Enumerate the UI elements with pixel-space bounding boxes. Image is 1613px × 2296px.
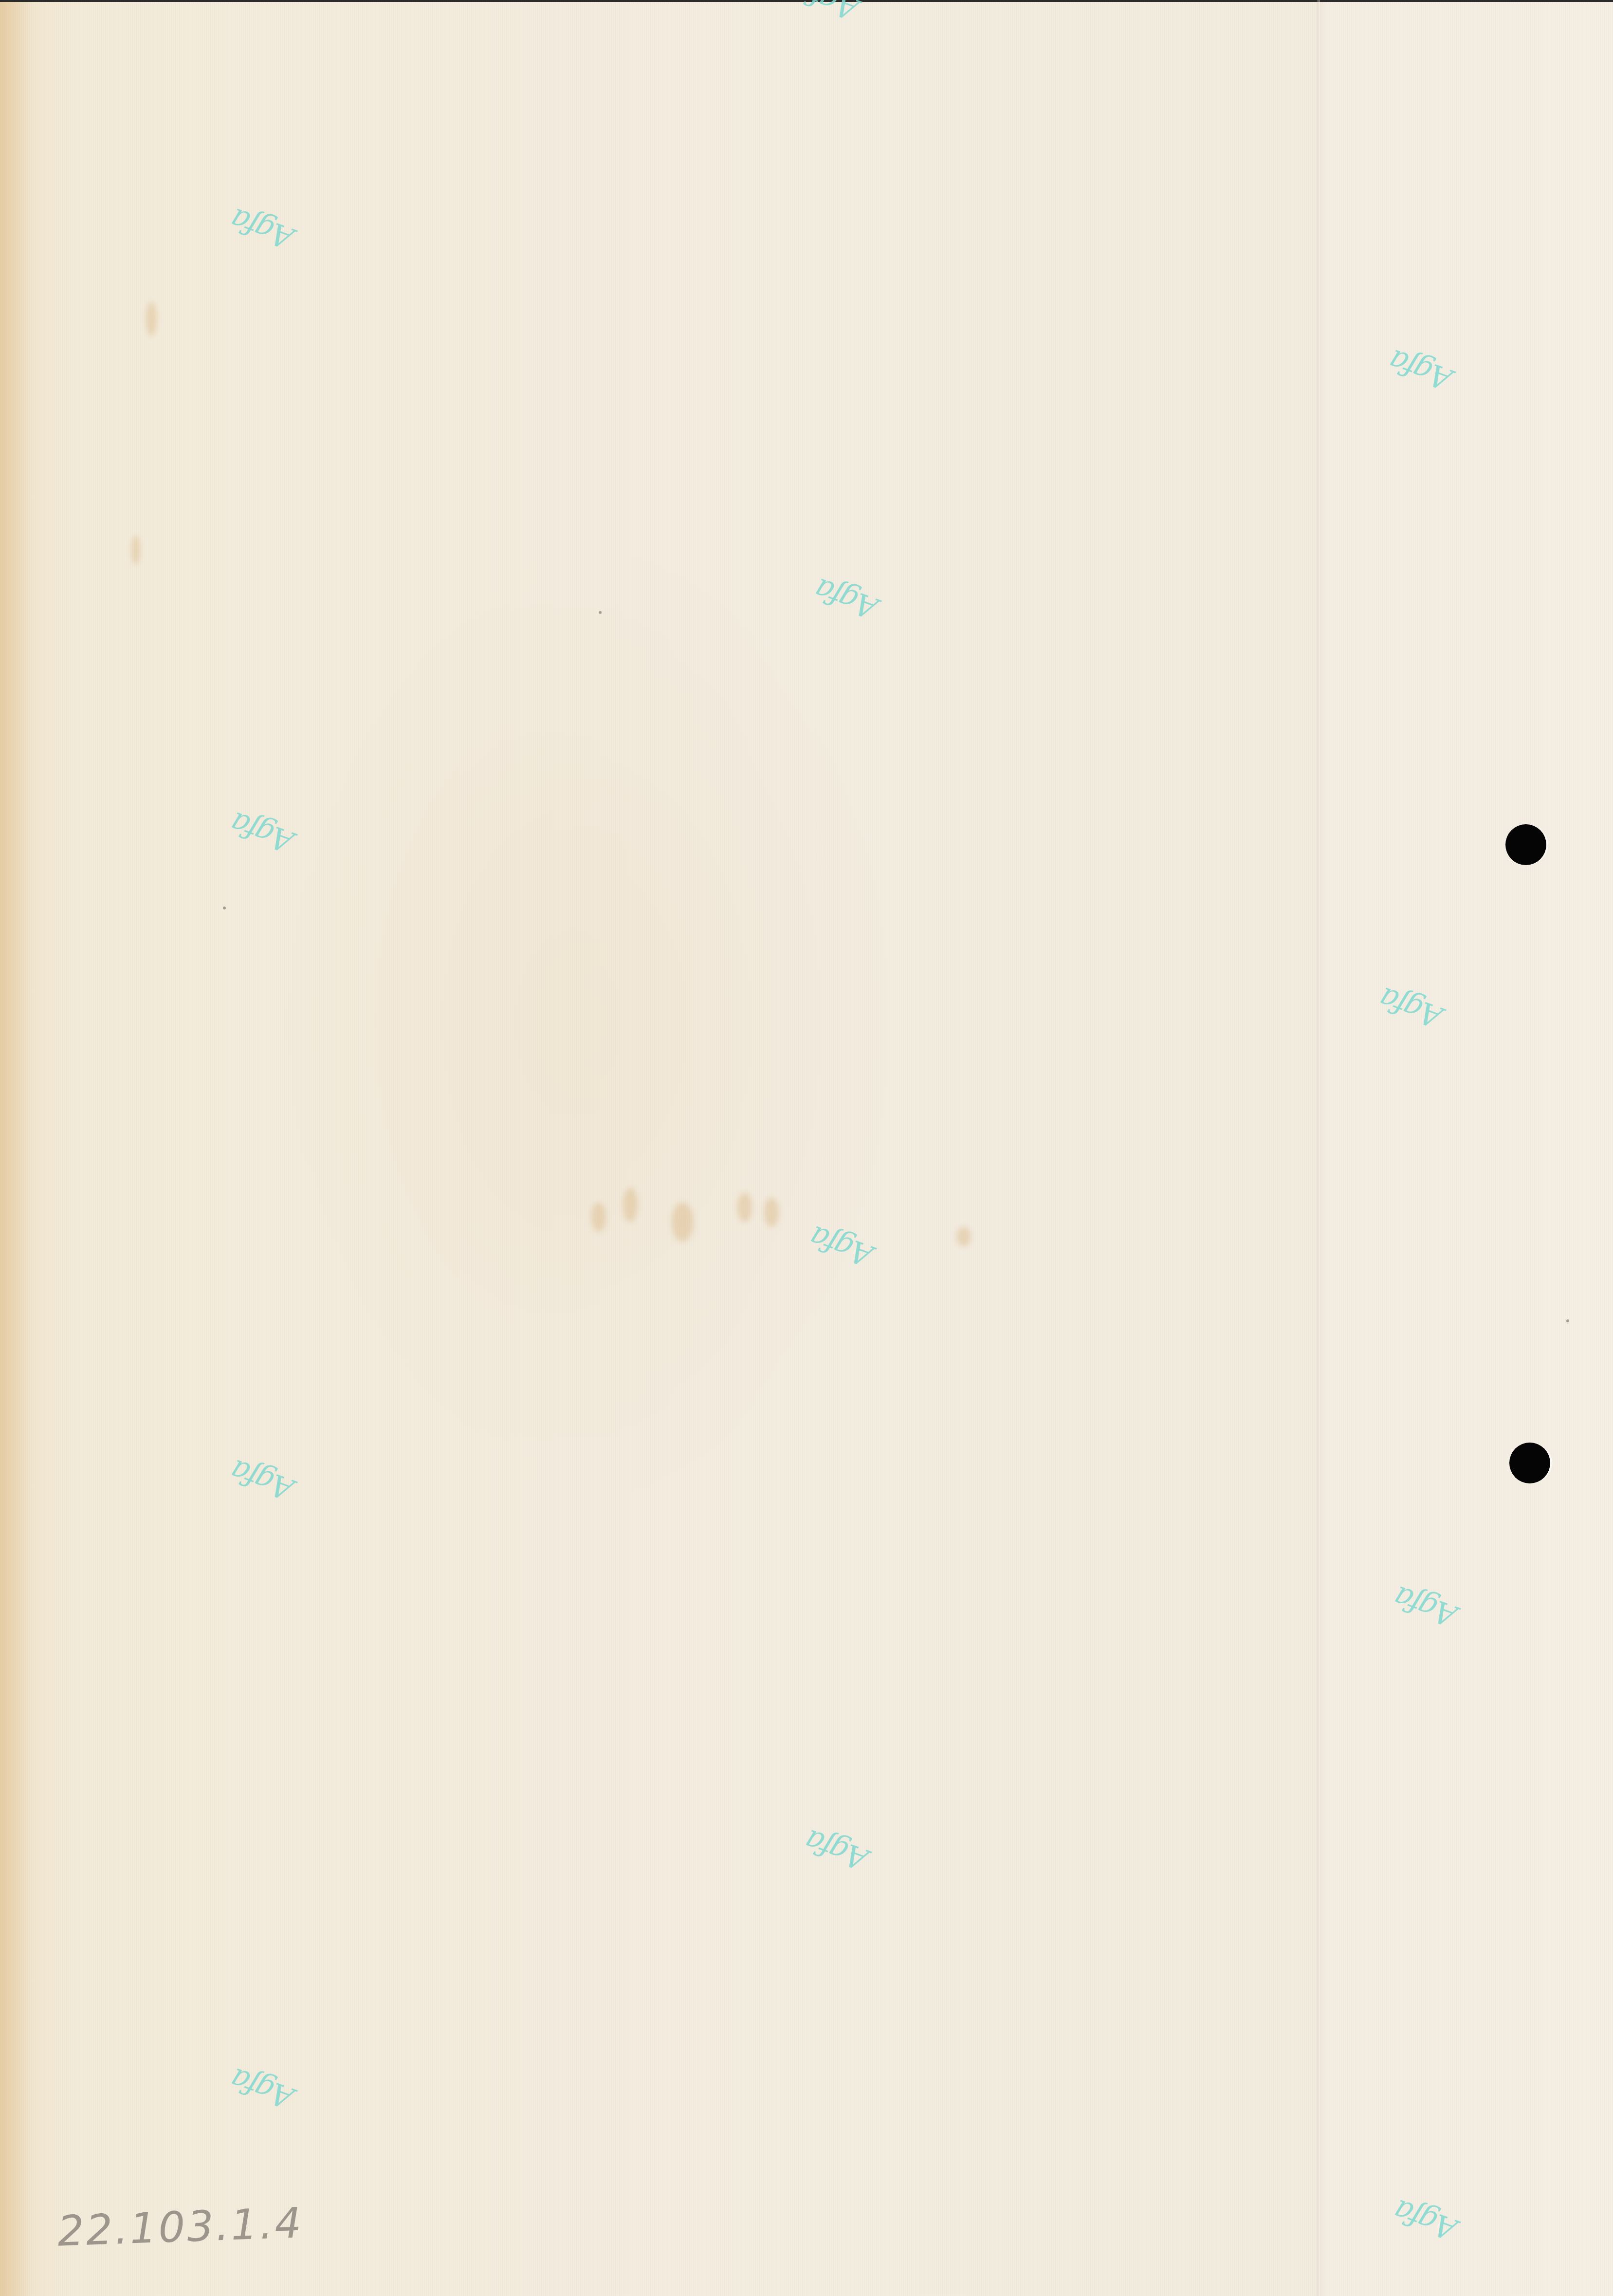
paper-grain-texture (0, 0, 1613, 2296)
speck (1566, 1319, 1569, 1322)
agfa-watermark: Agfa (803, 1214, 881, 1278)
handwritten-inventory-number: 22.103.1.4 (56, 2199, 304, 2256)
agfa-watermark: Agfa (223, 800, 302, 865)
stain-mark (131, 536, 140, 565)
stain-mark (591, 1203, 606, 1232)
agfa-watermark: Agfa (1372, 976, 1451, 1040)
stain-mark (623, 1188, 638, 1222)
agfa-watermark: Agfa (1387, 2188, 1466, 2252)
agfa-watermark: Agfa (788, 0, 867, 32)
stain-mark (764, 1198, 779, 1227)
speck (223, 907, 226, 909)
agfa-watermark: Agfa (1382, 338, 1461, 402)
stain-mark (672, 1203, 694, 1241)
fold-line (1317, 0, 1320, 2296)
left-edge-discoloration (0, 0, 34, 2296)
speck (599, 611, 602, 614)
stain-mark (146, 302, 157, 336)
agfa-watermark: Agfa (223, 1448, 302, 1512)
stain-mark (737, 1193, 752, 1222)
agfa-watermark: Agfa (798, 1818, 877, 1882)
punch-hole (1505, 824, 1546, 865)
stain-mark (956, 1227, 971, 1246)
agfa-watermark: Agfa (807, 567, 886, 631)
punch-hole (1509, 1443, 1550, 1483)
agfa-watermark: Agfa (223, 2056, 302, 2121)
agfa-watermark: Agfa (1387, 1574, 1466, 1639)
paper-sheet: AgfaAgfaAgfaAgfaAgfaAgfaAgfaAgfaAgfaAgfa… (0, 0, 1613, 2296)
agfa-watermark: Agfa (223, 197, 302, 261)
